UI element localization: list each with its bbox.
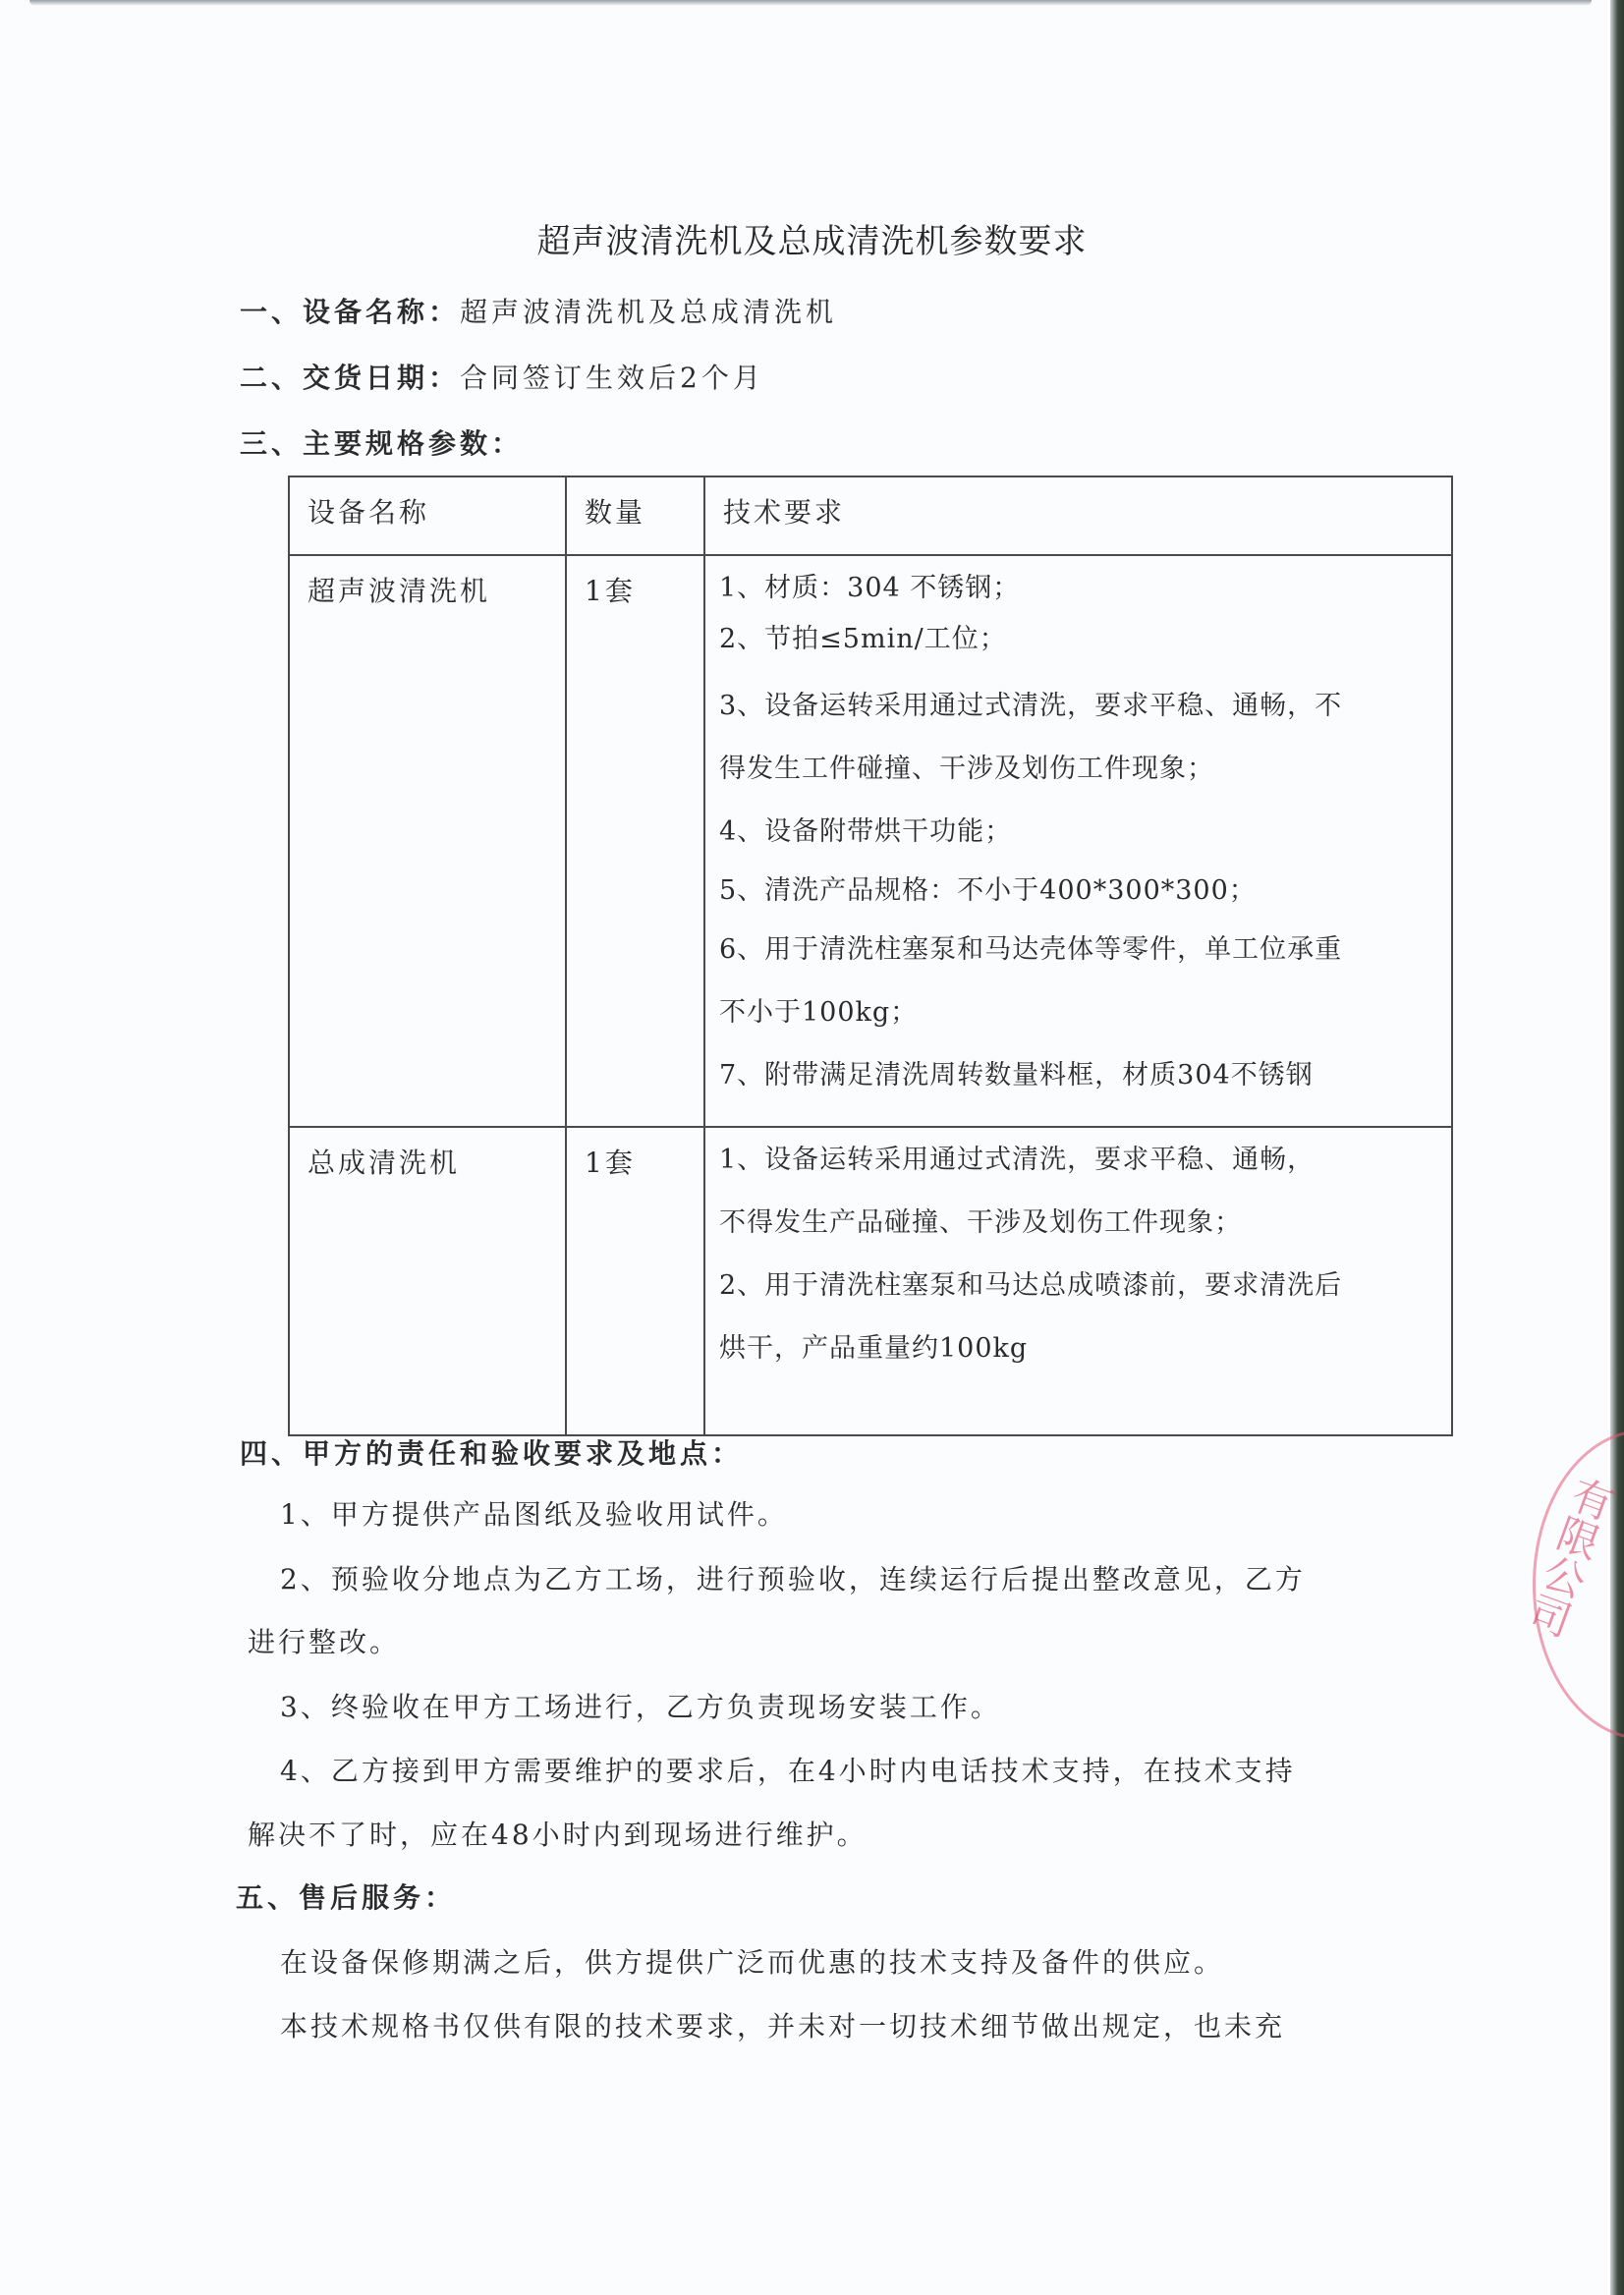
table-header-row: 设备名称 数量 技术要求 [289,476,1452,555]
section-3-heading: 三、主要规格参数： [240,424,523,464]
requirement-item-continued: 不得发生产品碰撞、干涉及划伤工件现象； [719,1206,1451,1240]
section-4-item: 2、预验收分地点为乙方工场，进行预验收，连续运行后提出整改意见，乙方 [280,1560,1306,1599]
requirement-item: 2、用于清洗柱塞泵和马达总成喷漆前，要求清洗后 [719,1269,1451,1303]
header-quantity: 数量 [566,476,704,555]
table-row: 总成清洗机 1套 1、设备运转采用通过式清洗，要求平稳、通畅， 不得发生产品碰撞… [289,1127,1452,1435]
requirement-item: 6、用于清洗柱塞泵和马达壳体等零件，单工位承重 [719,933,1451,967]
header-device-name: 设备名称 [289,476,566,555]
requirement-item: 3、设备运转采用通过式清洗，要求平稳、通畅，不 [719,690,1451,723]
requirement-item: 2、节拍≤5min/工位； [719,623,1451,656]
section-1-heading: 一、设备名称：超声波清洗机及总成清洗机 [240,293,837,332]
section-5-heading: 五、售后服务： [236,1878,456,1918]
document-title: 超声波清洗机及总成清洗机参数要求 [0,214,1624,262]
requirement-item: 1、材质：304 不锈钢； [719,572,1451,605]
requirements-list: 1、材质：304 不锈钢； 2、节拍≤5min/工位； 3、设备运转采用通过式清… [705,556,1451,1092]
section-4-item: 1、甲方提供产品图纸及验收用试件。 [280,1495,788,1535]
scan-edge-right [1610,0,1624,2295]
device-name: 总成清洗机 [290,1128,565,1181]
section-2-label: 二、交货日期： [240,362,460,394]
requirement-item-continued: 得发生工件碰撞、干涉及划伤工件现象； [719,753,1451,786]
requirement-item: 1、设备运转采用通过式清洗，要求平稳、通畅， [719,1144,1451,1177]
device-name: 超声波清洗机 [290,556,565,609]
requirement-item: 5、清洗产品规格：不小于400*300*300； [719,874,1451,908]
requirement-item: 7、附带满足清洗周转数量料框，材质304不锈钢 [719,1059,1451,1092]
device-quantity: 1套 [567,1128,703,1181]
section-2-heading: 二、交货日期：合同签订生效后2个月 [240,359,764,398]
section-4-item: 4、乙方接到甲方需要维护的要求后，在4小时内电话技术支持，在技术支持 [280,1752,1296,1791]
requirement-item-continued: 烘干，产品重量约100kg [719,1332,1451,1366]
section-5-item: 本技术规格书仅供有限的技术要求，并未对一切技术细节做出规定，也未充 [280,2007,1285,2046]
section-5-item: 在设备保修期满之后，供方提供广泛而优惠的技术支持及备件的供应。 [280,1943,1224,1983]
section-1-value: 超声波清洗机及总成清洗机 [460,296,837,328]
section-4-heading: 四、甲方的责任和验收要求及地点： [240,1434,743,1474]
section-4-item: 3、终验收在甲方工场进行，乙方负责现场安装工作。 [280,1688,1001,1727]
section-1-label: 一、设备名称： [240,296,460,328]
spec-table: 设备名称 数量 技术要求 超声波清洗机 1套 1、材质：304 不锈钢； 2、节… [288,476,1453,1436]
device-quantity: 1套 [567,556,703,609]
table-row: 超声波清洗机 1套 1、材质：304 不锈钢； 2、节拍≤5min/工位； 3、… [289,555,1452,1127]
section-4-item-continued: 进行整改。 [248,1623,400,1662]
requirement-item-continued: 不小于100kg； [719,996,1451,1030]
section-4-item-continued: 解决不了时，应在48小时内到现场进行维护。 [248,1816,868,1855]
requirement-item: 4、设备附带烘干功能； [719,815,1451,849]
header-requirements: 技术要求 [704,476,1452,555]
scan-shadow-top [29,0,1592,6]
section-2-value: 合同签订生效后2个月 [460,362,764,394]
requirements-list: 1、设备运转采用通过式清洗，要求平稳、通畅， 不得发生产品碰撞、干涉及划伤工件现… [705,1128,1451,1366]
